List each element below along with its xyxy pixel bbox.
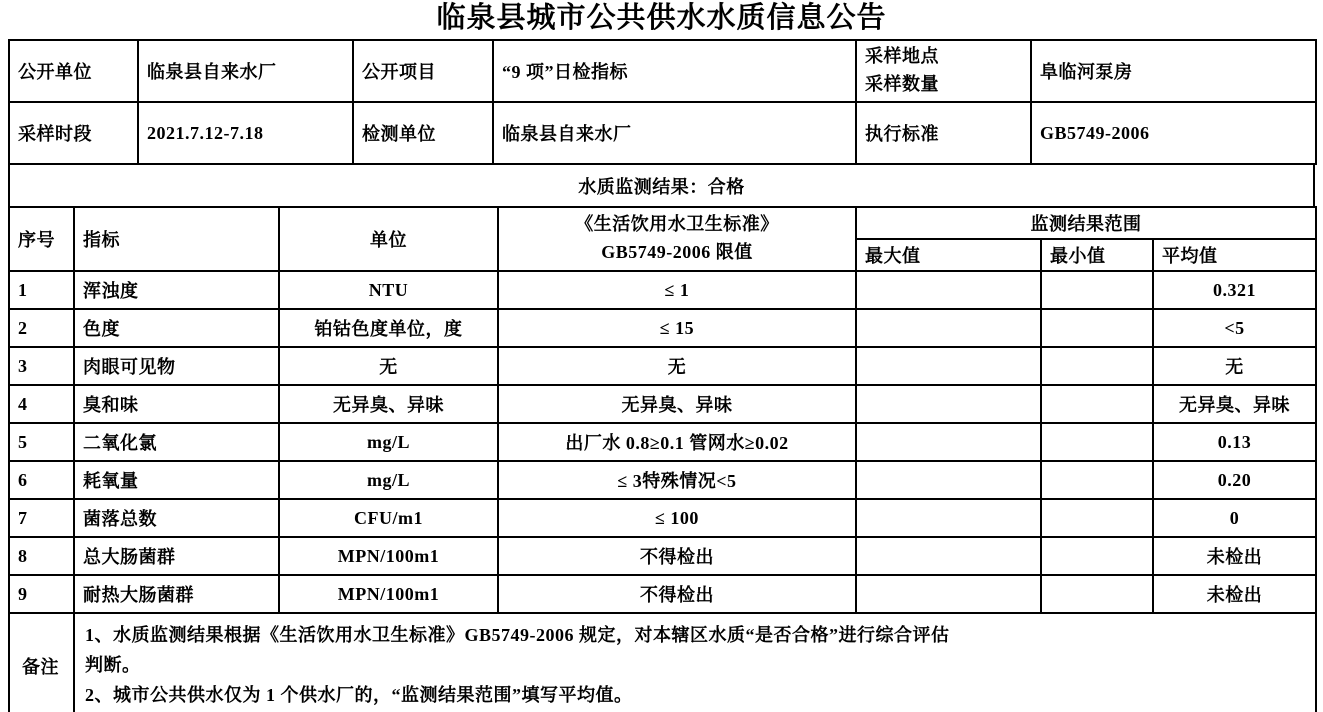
cell-avg: <5 [1153, 309, 1316, 347]
table-row: 7 菌落总数 CFU/m1 ≤ 100 0 [9, 499, 1316, 537]
cell-indicator: 耗氧量 [74, 461, 279, 499]
results-table: 序号 指标 单位 《生活饮用水卫生标准》 GB5749-2006 限值 监测结果… [8, 206, 1317, 614]
cell-unit: 铂钴色度单位，度 [279, 309, 498, 347]
col-header-indicator: 指标 [74, 207, 279, 271]
table-row: 2 色度 铂钴色度单位，度 ≤ 15 <5 [9, 309, 1316, 347]
cell-min [1041, 575, 1153, 613]
cell-limit: ≤ 15 [498, 309, 856, 347]
cell-indicator: 菌落总数 [74, 499, 279, 537]
cell-no: 4 [9, 385, 74, 423]
cell-indicator: 色度 [74, 309, 279, 347]
table-row: 9 耐热大肠菌群 MPN/100m1 不得检出 未检出 [9, 575, 1316, 613]
cell-no: 3 [9, 347, 74, 385]
open-item-label: 公开项目 [353, 40, 493, 102]
cell-limit: ≤ 3特殊情况<5 [498, 461, 856, 499]
open-item-value: “9 项”日检指标 [493, 40, 856, 102]
cell-no: 2 [9, 309, 74, 347]
cell-unit: MPN/100m1 [279, 575, 498, 613]
cell-avg: 0 [1153, 499, 1316, 537]
cell-limit: ≤ 100 [498, 499, 856, 537]
cell-avg: 0.20 [1153, 461, 1316, 499]
cell-min [1041, 385, 1153, 423]
cell-max [856, 499, 1041, 537]
testing-unit-value: 临泉县自来水厂 [493, 102, 856, 164]
cell-limit: 不得检出 [498, 575, 856, 613]
cell-indicator: 肉眼可见物 [74, 347, 279, 385]
cell-avg: 无异臭、异味 [1153, 385, 1316, 423]
cell-min [1041, 347, 1153, 385]
cell-limit: 无异臭、异味 [498, 385, 856, 423]
cell-avg: 0.13 [1153, 423, 1316, 461]
cell-no: 9 [9, 575, 74, 613]
cell-unit: mg/L [279, 461, 498, 499]
cell-max [856, 271, 1041, 309]
cell-indicator: 耐热大肠菌群 [74, 575, 279, 613]
result-banner-table: 水质监测结果：合格 [8, 163, 1315, 208]
cell-max [856, 537, 1041, 575]
sampling-site-value: 阜临河泵房 [1031, 40, 1316, 102]
table-row: 5 二氧化氯 mg/L 出厂水 0.8≥0.1 管网水≥0.02 0.13 [9, 423, 1316, 461]
remark-row: 备注 1、水质监测结果根据《生活饮用水卫生标准》GB5749-2006 规定，对… [9, 613, 1316, 712]
cell-max [856, 423, 1041, 461]
info-row-2: 采样时段 2021.7.12-7.18 检测单位 临泉县自来水厂 执行标准 GB… [9, 102, 1316, 164]
table-row: 1 浑浊度 NTU ≤ 1 0.321 [9, 271, 1316, 309]
col-header-limit: 《生活饮用水卫生标准》 GB5749-2006 限值 [498, 207, 856, 271]
table-row: 4 臭和味 无异臭、异味 无异臭、异味 无异臭、异味 [9, 385, 1316, 423]
cell-avg: 未检出 [1153, 575, 1316, 613]
standard-label: 执行标准 [856, 102, 1031, 164]
cell-limit: 出厂水 0.8≥0.1 管网水≥0.02 [498, 423, 856, 461]
cell-limit: ≤ 1 [498, 271, 856, 309]
col-header-min: 最小值 [1041, 239, 1153, 271]
cell-unit: mg/L [279, 423, 498, 461]
header-row-top: 序号 指标 单位 《生活饮用水卫生标准》 GB5749-2006 限值 监测结果… [9, 207, 1316, 239]
cell-unit: 无 [279, 347, 498, 385]
cell-min [1041, 499, 1153, 537]
table-row: 3 肉眼可见物 无 无 无 [9, 347, 1316, 385]
result-banner-row: 水质监测结果：合格 [9, 164, 1314, 207]
open-unit-label: 公开单位 [9, 40, 138, 102]
info-table: 公开单位 临泉县自来水厂 公开项目 “9 项”日检指标 采样地点 采样数量 阜临… [8, 39, 1317, 165]
sampling-period-label: 采样时段 [9, 102, 138, 164]
remark-label: 备注 [9, 613, 74, 712]
open-unit-value: 临泉县自来水厂 [138, 40, 353, 102]
cell-min [1041, 423, 1153, 461]
cell-max [856, 575, 1041, 613]
col-header-no: 序号 [9, 207, 74, 271]
cell-no: 7 [9, 499, 74, 537]
cell-limit: 无 [498, 347, 856, 385]
cell-avg: 0.321 [1153, 271, 1316, 309]
cell-min [1041, 461, 1153, 499]
cell-avg: 无 [1153, 347, 1316, 385]
cell-indicator: 浑浊度 [74, 271, 279, 309]
remark-table: 备注 1、水质监测结果根据《生活饮用水卫生标准》GB5749-2006 规定，对… [8, 612, 1317, 712]
cell-max [856, 461, 1041, 499]
info-row-1: 公开单位 临泉县自来水厂 公开项目 “9 项”日检指标 采样地点 采样数量 阜临… [9, 40, 1316, 102]
cell-max [856, 385, 1041, 423]
page-title: 临泉县城市公共供水水质信息公告 [8, 2, 1315, 34]
cell-max [856, 309, 1041, 347]
cell-unit: MPN/100m1 [279, 537, 498, 575]
cell-no: 8 [9, 537, 74, 575]
cell-no: 1 [9, 271, 74, 309]
cell-limit: 不得检出 [498, 537, 856, 575]
result-banner: 水质监测结果：合格 [9, 164, 1314, 207]
cell-indicator: 臭和味 [74, 385, 279, 423]
testing-unit-label: 检测单位 [353, 102, 493, 164]
cell-no: 6 [9, 461, 74, 499]
cell-no: 5 [9, 423, 74, 461]
cell-min [1041, 537, 1153, 575]
sampling-site-label: 采样地点 采样数量 [856, 40, 1031, 102]
cell-unit: CFU/m1 [279, 499, 498, 537]
col-header-avg: 平均值 [1153, 239, 1316, 271]
cell-indicator: 总大肠菌群 [74, 537, 279, 575]
col-header-unit: 单位 [279, 207, 498, 271]
cell-min [1041, 309, 1153, 347]
cell-min [1041, 271, 1153, 309]
cell-max [856, 347, 1041, 385]
cell-indicator: 二氧化氯 [74, 423, 279, 461]
col-header-range-group: 监测结果范围 [856, 207, 1316, 239]
cell-unit: 无异臭、异味 [279, 385, 498, 423]
water-quality-notice-page: 临泉县城市公共供水水质信息公告 公开单位 临泉县自来水厂 公开项目 “9 项”日… [0, 0, 1323, 712]
remark-text: 1、水质监测结果根据《生活饮用水卫生标准》GB5749-2006 规定，对本辖区… [74, 613, 1316, 712]
table-row: 6 耗氧量 mg/L ≤ 3特殊情况<5 0.20 [9, 461, 1316, 499]
cell-unit: NTU [279, 271, 498, 309]
standard-value: GB5749-2006 [1031, 102, 1316, 164]
cell-avg: 未检出 [1153, 537, 1316, 575]
table-row: 8 总大肠菌群 MPN/100m1 不得检出 未检出 [9, 537, 1316, 575]
sampling-period-value: 2021.7.12-7.18 [138, 102, 353, 164]
col-header-max: 最大值 [856, 239, 1041, 271]
